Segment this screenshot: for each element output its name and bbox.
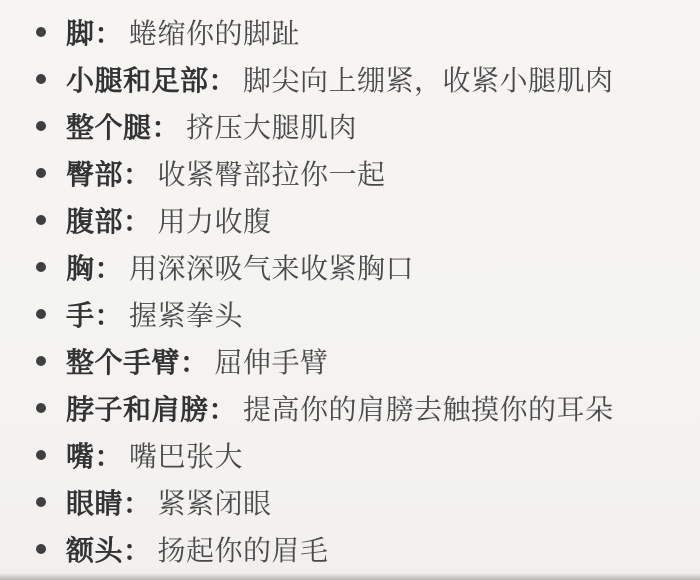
list-item: 脖子和肩膀： 提高你的肩膀去触摸你的耳朵 <box>36 384 700 431</box>
item-text: 蜷缩你的脚趾 <box>129 12 300 52</box>
item-text: 紧紧闭眼 <box>158 482 272 522</box>
item-label: 嘴： <box>66 435 123 475</box>
bullet-icon <box>36 309 46 319</box>
bullet-icon <box>36 356 46 366</box>
item-text: 用力收腹 <box>158 200 272 240</box>
item-label: 整个手臂： <box>66 341 209 381</box>
list-item: 胸： 用深深吸气来收紧胸口 <box>36 243 700 290</box>
item-text: 收紧臀部拉你一起 <box>158 153 386 193</box>
list-item: 手： 握紧拳头 <box>36 290 700 337</box>
document-page: 脚： 蜷缩你的脚趾 小腿和足部： 脚尖向上绷紧，收紧小腿肌肉 整个腿： 挤压大腿… <box>0 0 700 580</box>
item-label: 整个腿： <box>66 106 180 146</box>
bullet-icon <box>36 262 46 272</box>
item-text: 嘴巴张大 <box>129 435 243 475</box>
item-text: 提高你的肩膀去触摸你的耳朵 <box>243 388 614 428</box>
item-text: 握紧拳头 <box>129 294 243 334</box>
bullet-icon <box>36 544 46 554</box>
item-text: 屈伸手臂 <box>215 341 329 381</box>
bullet-icon <box>36 74 46 84</box>
item-label: 脚： <box>66 12 123 52</box>
bullet-icon <box>36 168 46 178</box>
list-item: 嘴： 嘴巴张大 <box>36 431 700 478</box>
list-item: 腹部： 用力收腹 <box>36 196 700 243</box>
item-label: 眼睛： <box>66 482 152 522</box>
item-text: 用深深吸气来收紧胸口 <box>129 247 414 287</box>
bullet-icon <box>36 450 46 460</box>
item-label: 腹部： <box>66 200 152 240</box>
list-item: 小腿和足部： 脚尖向上绷紧，收紧小腿肌肉 <box>36 55 700 102</box>
bullet-icon <box>36 27 46 37</box>
item-text: 扬起你的眉毛 <box>158 529 329 569</box>
item-label: 胸： <box>66 247 123 287</box>
bullet-icon <box>36 497 46 507</box>
relaxation-steps-list: 脚： 蜷缩你的脚趾 小腿和足部： 脚尖向上绷紧，收紧小腿肌肉 整个腿： 挤压大腿… <box>0 0 700 572</box>
item-text: 挤压大腿肌肉 <box>186 106 357 146</box>
list-item: 额头： 扬起你的眉毛 <box>36 525 700 572</box>
item-text: 脚尖向上绷紧，收紧小腿肌肉 <box>243 59 614 99</box>
list-item: 脚： 蜷缩你的脚趾 <box>36 8 700 55</box>
item-label: 额头： <box>66 529 152 569</box>
bullet-icon <box>36 403 46 413</box>
item-label: 臀部： <box>66 153 152 193</box>
bottom-shadow-edge <box>0 573 700 580</box>
list-item: 整个手臂： 屈伸手臂 <box>36 337 700 384</box>
item-label: 手： <box>66 294 123 334</box>
item-label: 小腿和足部： <box>66 59 237 99</box>
bullet-icon <box>36 215 46 225</box>
bullet-icon <box>36 121 46 131</box>
item-label: 脖子和肩膀： <box>66 388 237 428</box>
list-item: 整个腿： 挤压大腿肌肉 <box>36 102 700 149</box>
list-item: 眼睛： 紧紧闭眼 <box>36 478 700 525</box>
list-item: 臀部： 收紧臀部拉你一起 <box>36 149 700 196</box>
